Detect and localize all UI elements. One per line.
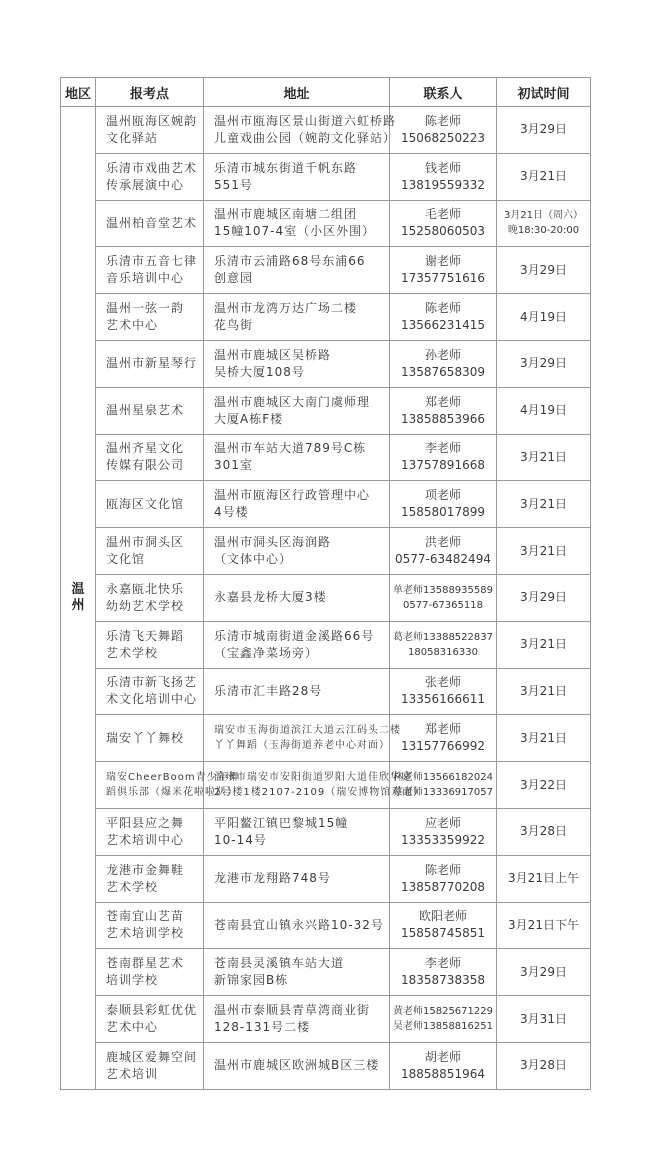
exam-sites-table: 地区 报考点 地址 联系人 初试时间 温州温州瓯海区婉韵文化驿站温州市瓯海区景山… bbox=[60, 77, 591, 1090]
date-cell-line: 3月28日 bbox=[497, 823, 590, 840]
address-cell-line: 瑞安市玉海街道滨江大道云江码头二楼 bbox=[214, 723, 385, 738]
date-cell-line: 3月21日 bbox=[497, 683, 590, 700]
contact-cell-line: 林老师13566182024 bbox=[390, 770, 496, 785]
address-cell-line: 551号 bbox=[214, 177, 385, 194]
date-cell: 3月21日 bbox=[497, 434, 591, 481]
address-cell: 温州市鹿城区南塘二组团15幢107-4室（小区外围） bbox=[204, 200, 390, 247]
address-cell-line: 温州市瑞安市安阳街道罗阳大道佳欣华庭 bbox=[214, 770, 385, 785]
header-date: 初试时间 bbox=[497, 78, 591, 107]
contact-cell-line: 13858770208 bbox=[390, 879, 496, 896]
site-cell-line: 平阳县应之舞 bbox=[106, 815, 199, 832]
header-region: 地区 bbox=[61, 78, 96, 107]
date-cell-line: 3月29日 bbox=[497, 964, 590, 981]
contact-cell: 陈老师15068250223 bbox=[390, 107, 497, 154]
date-cell: 3月21日 bbox=[497, 668, 591, 715]
contact-cell-line: 李老师 bbox=[390, 955, 496, 972]
site-cell-line: 瑞安CheerBoom青少年舞 bbox=[106, 770, 199, 785]
contact-cell-line: 13819559332 bbox=[390, 177, 496, 194]
contact-cell: 孙老师13587658309 bbox=[390, 340, 497, 387]
address-cell-line: 创意园 bbox=[214, 270, 385, 287]
contact-cell: 葛老师1338852283718058316330 bbox=[390, 621, 497, 668]
contact-cell-line: 钱老师 bbox=[390, 160, 496, 177]
contact-cell-line: 项老师 bbox=[390, 487, 496, 504]
table-row: 乐清市五音七律音乐培训中心乐清市云浦路68号东浦66创意园谢老师17357751… bbox=[61, 247, 591, 294]
contact-cell: 李老师13757891668 bbox=[390, 434, 497, 481]
date-cell-line: 3月21日 bbox=[497, 730, 590, 747]
site-cell-line: 培训学校 bbox=[106, 972, 199, 989]
date-cell-line: 3月21日 bbox=[497, 496, 590, 513]
address-cell: 温州市瑞安市安阳街道罗阳大道佳欣华庭2号楼1楼2107-2109（瑞安博物馆对面… bbox=[204, 762, 390, 809]
address-cell: 温州市鹿城区吴桥路吴桥大厦108号 bbox=[204, 340, 390, 387]
site-cell-line: 文化馆 bbox=[106, 551, 199, 568]
contact-cell-line: 13157766992 bbox=[390, 738, 496, 755]
address-cell-line: 温州市瓯海区行政管理中心 bbox=[214, 487, 385, 504]
site-cell-line: 瓯海区文化馆 bbox=[106, 496, 199, 513]
contact-cell: 郑老师13157766992 bbox=[390, 715, 497, 762]
contact-cell: 李老师18358738358 bbox=[390, 949, 497, 996]
site-cell: 乐清市五音七律音乐培训中心 bbox=[96, 247, 204, 294]
contact-cell-line: 15068250223 bbox=[390, 130, 496, 147]
contact-cell-line: 13757891668 bbox=[390, 457, 496, 474]
site-cell-line: 永嘉瓯北快乐 bbox=[106, 581, 199, 598]
site-cell-line: 温州一弦一韵 bbox=[106, 300, 199, 317]
date-cell-line: 3月21日下午 bbox=[497, 917, 590, 934]
date-cell-line: 4月19日 bbox=[497, 402, 590, 419]
site-cell-line: 乐清市戏曲艺术 bbox=[106, 160, 199, 177]
contact-cell-line: 18058316330 bbox=[390, 645, 496, 660]
address-cell-line: （宝鑫净菜场旁） bbox=[214, 645, 385, 662]
site-cell-line: 鹿城区爱舞空间 bbox=[106, 1049, 199, 1066]
address-cell-line: 平阳鳌江镇巴黎城15幢 bbox=[214, 815, 385, 832]
address-cell-line: 乐清市城东街道千帆东路 bbox=[214, 160, 385, 177]
site-cell-line: 泰顺县彩虹优优 bbox=[106, 1002, 199, 1019]
contact-cell-line: 单老师13588935589 bbox=[390, 583, 496, 598]
site-cell-line: 苍南群星艺术 bbox=[106, 955, 199, 972]
address-cell-line: 温州市洞头区海润路 bbox=[214, 534, 385, 551]
contact-cell: 毛老师15258060503 bbox=[390, 200, 497, 247]
date-cell-line: 3月21日 bbox=[497, 543, 590, 560]
address-cell-line: 乐清市汇丰路28号 bbox=[214, 683, 385, 700]
site-cell-line: 艺术中心 bbox=[106, 317, 199, 334]
site-cell-line: 幼幼艺术学校 bbox=[106, 598, 199, 615]
address-cell-line: 温州市鹿城区欧洲城B区三楼 bbox=[214, 1057, 385, 1074]
date-cell-line: 3月21日 bbox=[497, 168, 590, 185]
address-cell-line: 温州市泰顺县青草湾商业街 bbox=[214, 1002, 385, 1019]
site-cell-line: 乐清飞天舞蹈 bbox=[106, 628, 199, 645]
date-cell: 3月29日 bbox=[497, 107, 591, 154]
table-body: 温州温州瓯海区婉韵文化驿站温州市瓯海区景山街道六虹桥路儿童戏曲公园（婉韵文化驿站… bbox=[61, 107, 591, 1090]
contact-cell-line: 欧阳老师 bbox=[390, 908, 496, 925]
address-cell-line: 永嘉县龙桥大厦3楼 bbox=[214, 589, 385, 606]
address-cell: 苍南县宜山镇永兴路10-32号 bbox=[204, 902, 390, 949]
contact-cell-line: 18358738358 bbox=[390, 972, 496, 989]
date-cell-line: 3月29日 bbox=[497, 121, 590, 138]
table-row: 温州齐星文化传媒有限公司温州市车站大道789号C栋301室李老师13757891… bbox=[61, 434, 591, 481]
site-cell-line: 乐清市五音七律 bbox=[106, 253, 199, 270]
contact-cell-line: 17357751616 bbox=[390, 270, 496, 287]
site-cell: 温州市新星琴行 bbox=[96, 340, 204, 387]
site-cell-line: 艺术学校 bbox=[106, 645, 199, 662]
date-cell: 3月21日 bbox=[497, 715, 591, 762]
site-cell-line: 温州市洞头区 bbox=[106, 534, 199, 551]
address-cell-line: 大厦A栋F楼 bbox=[214, 411, 385, 428]
date-cell-line: 晚18:30-20:00 bbox=[497, 223, 590, 238]
table-row: 温州一弦一韵艺术中心温州市龙湾万达广场二楼花鸟街陈老师135662314154月… bbox=[61, 294, 591, 341]
table-row: 温州温州瓯海区婉韵文化驿站温州市瓯海区景山街道六虹桥路儿童戏曲公园（婉韵文化驿站… bbox=[61, 107, 591, 154]
site-cell-line: 温州瓯海区婉韵 bbox=[106, 113, 199, 130]
address-cell: 乐清市城东街道千帆东路551号 bbox=[204, 153, 390, 200]
date-cell-line: 3月29日 bbox=[497, 589, 590, 606]
site-cell-line: 艺术培训学校 bbox=[106, 925, 199, 942]
site-cell-line: 艺术培训中心 bbox=[106, 832, 199, 849]
date-cell-line: 3月21日上午 bbox=[497, 870, 590, 887]
site-cell-line: 传承展演中心 bbox=[106, 177, 199, 194]
contact-cell-line: 郑老师 bbox=[390, 721, 496, 738]
date-cell-line: 3月31日 bbox=[497, 1011, 590, 1028]
date-cell: 3月21日 bbox=[497, 153, 591, 200]
address-cell: 龙港市龙翔路748号 bbox=[204, 855, 390, 902]
site-cell-line: 艺术培训 bbox=[106, 1066, 199, 1083]
address-cell-line: 苍南县宜山镇永兴路10-32号 bbox=[214, 917, 385, 934]
date-cell-line: 4月19日 bbox=[497, 309, 590, 326]
date-cell: 3月29日 bbox=[497, 247, 591, 294]
site-cell-line: 温州市新星琴行 bbox=[106, 355, 199, 372]
date-cell-line: 3月29日 bbox=[497, 355, 590, 372]
address-cell: 温州市瓯海区景山街道六虹桥路儿童戏曲公园（婉韵文化驿站） bbox=[204, 107, 390, 154]
address-cell-line: 温州市车站大道789号C栋 bbox=[214, 440, 385, 457]
contact-cell-line: 谢老师 bbox=[390, 253, 496, 270]
date-cell-line: 3月29日 bbox=[497, 262, 590, 279]
contact-cell: 应老师13353359922 bbox=[390, 808, 497, 855]
site-cell: 苍南群星艺术培训学校 bbox=[96, 949, 204, 996]
table-row: 瑞安丫丫舞校瑞安市玉海街道滨江大道云江码头二楼丫丫舞蹈（玉海街道养老中心对面）郑… bbox=[61, 715, 591, 762]
date-cell: 3月28日 bbox=[497, 1042, 591, 1089]
site-cell: 永嘉瓯北快乐幼幼艺术学校 bbox=[96, 574, 204, 621]
date-cell: 3月21日 bbox=[497, 621, 591, 668]
contact-cell: 谢老师17357751616 bbox=[390, 247, 497, 294]
address-cell-line: 乐清市城南街道金溪路66号 bbox=[214, 628, 385, 645]
site-cell: 温州市洞头区文化馆 bbox=[96, 528, 204, 575]
contact-cell-line: 葛老师13388522837 bbox=[390, 630, 496, 645]
date-cell-line: 3月21日（周六） bbox=[497, 208, 590, 223]
address-cell: 温州市瓯海区行政管理中心4号楼 bbox=[204, 481, 390, 528]
contact-cell-line: 黄老师15825671229 bbox=[390, 1004, 496, 1019]
contact-cell-line: 蔡老师13336917057 bbox=[390, 785, 496, 800]
table-row: 苍南宜山艺苗艺术培训学校苍南县宜山镇永兴路10-32号欧阳老师158587458… bbox=[61, 902, 591, 949]
site-cell-line: 音乐培训中心 bbox=[106, 270, 199, 287]
date-cell: 3月21日上午 bbox=[497, 855, 591, 902]
address-cell-line: 10-14号 bbox=[214, 832, 385, 849]
header-address: 地址 bbox=[204, 78, 390, 107]
address-cell: 瑞安市玉海街道滨江大道云江码头二楼丫丫舞蹈（玉海街道养老中心对面） bbox=[204, 715, 390, 762]
contact-cell-line: 13587658309 bbox=[390, 364, 496, 381]
contact-cell: 胡老师18858851964 bbox=[390, 1042, 497, 1089]
contact-cell: 陈老师13858770208 bbox=[390, 855, 497, 902]
address-cell-line: 温州市鹿城区南塘二组团 bbox=[214, 206, 385, 223]
site-cell-line: 温州星泉艺术 bbox=[106, 402, 199, 419]
site-cell-line: 术文化培训中心 bbox=[106, 691, 199, 708]
address-cell-line: 4号楼 bbox=[214, 504, 385, 521]
contact-cell: 黄老师15825671229吴老师13858816251 bbox=[390, 996, 497, 1043]
date-cell: 3月29日 bbox=[497, 949, 591, 996]
date-cell: 3月21日 bbox=[497, 528, 591, 575]
site-cell: 瑞安CheerBoom青少年舞蹈俱乐部（爆米花啦啦队） bbox=[96, 762, 204, 809]
address-cell-line: 苍南县灵溪镇车站大道 bbox=[214, 955, 385, 972]
exam-sites-table-container: 地区 报考点 地址 联系人 初试时间 温州温州瓯海区婉韵文化驿站温州市瓯海区景山… bbox=[60, 77, 590, 1090]
address-cell: 平阳鳌江镇巴黎城15幢10-14号 bbox=[204, 808, 390, 855]
table-header-row: 地区 报考点 地址 联系人 初试时间 bbox=[61, 78, 591, 107]
contact-cell-line: 陈老师 bbox=[390, 113, 496, 130]
date-cell: 3月29日 bbox=[497, 340, 591, 387]
site-cell-line: 蹈俱乐部（爆米花啦啦队） bbox=[106, 785, 199, 800]
region-label: 温州 bbox=[71, 582, 85, 614]
table-row: 温州市新星琴行温州市鹿城区吴桥路吴桥大厦108号孙老师135876583093月… bbox=[61, 340, 591, 387]
table-row: 乐清市戏曲艺术传承展演中心乐清市城东街道千帆东路551号钱老师138195593… bbox=[61, 153, 591, 200]
contact-cell: 陈老师13566231415 bbox=[390, 294, 497, 341]
address-cell-line: 15幢107-4室（小区外围） bbox=[214, 223, 385, 240]
date-cell: 3月21日 bbox=[497, 481, 591, 528]
table-row: 苍南群星艺术培训学校苍南县灵溪镇车站大道新锦家园B栋李老师18358738358… bbox=[61, 949, 591, 996]
site-cell-line: 艺术学校 bbox=[106, 879, 199, 896]
date-cell: 3月21日下午 bbox=[497, 902, 591, 949]
table-row: 温州星泉艺术温州市鹿城区大南门虞师理大厦A栋F楼郑老师138588539664月… bbox=[61, 387, 591, 434]
contact-cell-line: 0577-67365118 bbox=[390, 598, 496, 613]
table-row: 乐清市新飞扬艺术文化培训中心乐清市汇丰路28号张老师133561666113月2… bbox=[61, 668, 591, 715]
contact-cell-line: 陈老师 bbox=[390, 300, 496, 317]
address-cell-line: 温州市龙湾万达广场二楼 bbox=[214, 300, 385, 317]
contact-cell-line: 18858851964 bbox=[390, 1066, 496, 1083]
table-row: 平阳县应之舞艺术培训中心平阳鳌江镇巴黎城15幢10-14号应老师13353359… bbox=[61, 808, 591, 855]
date-cell-line: 3月22日 bbox=[497, 777, 590, 794]
contact-cell: 单老师135889355890577-67365118 bbox=[390, 574, 497, 621]
site-cell: 乐清飞天舞蹈艺术学校 bbox=[96, 621, 204, 668]
table-row: 泰顺县彩虹优优艺术中心温州市泰顺县青草湾商业街128-131号二楼黄老师1582… bbox=[61, 996, 591, 1043]
contact-cell-line: 13353359922 bbox=[390, 832, 496, 849]
address-cell: 温州市车站大道789号C栋301室 bbox=[204, 434, 390, 481]
address-cell-line: 丫丫舞蹈（玉海街道养老中心对面） bbox=[214, 738, 385, 753]
site-cell: 瑞安丫丫舞校 bbox=[96, 715, 204, 762]
site-cell-line: 艺术中心 bbox=[106, 1019, 199, 1036]
date-cell-line: 3月21日 bbox=[497, 449, 590, 466]
table-row: 瓯海区文化馆温州市瓯海区行政管理中心4号楼项老师158580178993月21日 bbox=[61, 481, 591, 528]
date-cell: 4月19日 bbox=[497, 294, 591, 341]
site-cell-line: 瑞安丫丫舞校 bbox=[106, 730, 199, 747]
contact-cell-line: 13356166611 bbox=[390, 691, 496, 708]
contact-cell-line: 13858853966 bbox=[390, 411, 496, 428]
date-cell: 3月31日 bbox=[497, 996, 591, 1043]
site-cell: 温州柏音堂艺术 bbox=[96, 200, 204, 247]
address-cell: 温州市龙湾万达广场二楼花鸟街 bbox=[204, 294, 390, 341]
date-cell: 3月21日（周六）晚18:30-20:00 bbox=[497, 200, 591, 247]
address-cell: 乐清市城南街道金溪路66号（宝鑫净菜场旁） bbox=[204, 621, 390, 668]
address-cell-line: 吴桥大厦108号 bbox=[214, 364, 385, 381]
contact-cell: 项老师15858017899 bbox=[390, 481, 497, 528]
contact-cell: 洪老师0577-63482494 bbox=[390, 528, 497, 575]
table-row: 温州市洞头区文化馆温州市洞头区海润路（文体中心）洪老师0577-63482494… bbox=[61, 528, 591, 575]
table-row: 乐清飞天舞蹈艺术学校乐清市城南街道金溪路66号（宝鑫净菜场旁）葛老师133885… bbox=[61, 621, 591, 668]
contact-cell-line: 15258060503 bbox=[390, 223, 496, 240]
site-cell: 乐清市戏曲艺术传承展演中心 bbox=[96, 153, 204, 200]
address-cell-line: 温州市鹿城区大南门虞师理 bbox=[214, 394, 385, 411]
address-cell-line: 龙港市龙翔路748号 bbox=[214, 870, 385, 887]
address-cell: 乐清市汇丰路28号 bbox=[204, 668, 390, 715]
table-row: 龙港市金舞鞋艺术学校龙港市龙翔路748号陈老师138587702083月21日上… bbox=[61, 855, 591, 902]
contact-cell-line: 张老师 bbox=[390, 674, 496, 691]
contact-cell-line: 孙老师 bbox=[390, 347, 496, 364]
site-cell-line: 龙港市金舞鞋 bbox=[106, 862, 199, 879]
header-contact: 联系人 bbox=[390, 78, 497, 107]
site-cell-line: 文化驿站 bbox=[106, 130, 199, 147]
site-cell-line: 温州齐星文化 bbox=[106, 440, 199, 457]
address-cell-line: （文体中心） bbox=[214, 551, 385, 568]
date-cell: 4月19日 bbox=[497, 387, 591, 434]
address-cell-line: 温州市瓯海区景山街道六虹桥路 bbox=[214, 113, 385, 130]
site-cell: 瓯海区文化馆 bbox=[96, 481, 204, 528]
address-cell: 苍南县灵溪镇车站大道新锦家园B栋 bbox=[204, 949, 390, 996]
site-cell: 鹿城区爱舞空间艺术培训 bbox=[96, 1042, 204, 1089]
table-row: 鹿城区爱舞空间艺术培训温州市鹿城区欧洲城B区三楼胡老师188588519643月… bbox=[61, 1042, 591, 1089]
address-cell-line: 儿童戏曲公园（婉韵文化驿站） bbox=[214, 130, 385, 147]
address-cell: 永嘉县龙桥大厦3楼 bbox=[204, 574, 390, 621]
site-cell: 平阳县应之舞艺术培训中心 bbox=[96, 808, 204, 855]
region-cell: 温州 bbox=[61, 107, 96, 1090]
contact-cell-line: 毛老师 bbox=[390, 206, 496, 223]
contact-cell: 欧阳老师15858745851 bbox=[390, 902, 497, 949]
date-cell: 3月28日 bbox=[497, 808, 591, 855]
contact-cell-line: 吴老师13858816251 bbox=[390, 1019, 496, 1034]
table-row: 永嘉瓯北快乐幼幼艺术学校永嘉县龙桥大厦3楼单老师135889355890577-… bbox=[61, 574, 591, 621]
date-cell-line: 3月21日 bbox=[497, 636, 590, 653]
contact-cell: 张老师13356166611 bbox=[390, 668, 497, 715]
address-cell-line: 2号楼1楼2107-2109（瑞安博物馆对面） bbox=[214, 785, 385, 800]
contact-cell-line: 15858745851 bbox=[390, 925, 496, 942]
header-site: 报考点 bbox=[96, 78, 204, 107]
site-cell: 泰顺县彩虹优优艺术中心 bbox=[96, 996, 204, 1043]
contact-cell-line: 15858017899 bbox=[390, 504, 496, 521]
site-cell: 龙港市金舞鞋艺术学校 bbox=[96, 855, 204, 902]
date-cell: 3月22日 bbox=[497, 762, 591, 809]
site-cell: 温州瓯海区婉韵文化驿站 bbox=[96, 107, 204, 154]
contact-cell: 林老师13566182024蔡老师13336917057 bbox=[390, 762, 497, 809]
table-row: 瑞安CheerBoom青少年舞蹈俱乐部（爆米花啦啦队）温州市瑞安市安阳街道罗阳大… bbox=[61, 762, 591, 809]
contact-cell: 郑老师13858853966 bbox=[390, 387, 497, 434]
site-cell: 乐清市新飞扬艺术文化培训中心 bbox=[96, 668, 204, 715]
contact-cell-line: 陈老师 bbox=[390, 862, 496, 879]
address-cell: 温州市鹿城区大南门虞师理大厦A栋F楼 bbox=[204, 387, 390, 434]
address-cell: 温州市泰顺县青草湾商业街128-131号二楼 bbox=[204, 996, 390, 1043]
address-cell: 温州市洞头区海润路（文体中心） bbox=[204, 528, 390, 575]
site-cell-line: 苍南宜山艺苗 bbox=[106, 908, 199, 925]
table-row: 温州柏音堂艺术温州市鹿城区南塘二组团15幢107-4室（小区外围）毛老师1525… bbox=[61, 200, 591, 247]
contact-cell: 钱老师13819559332 bbox=[390, 153, 497, 200]
contact-cell-line: 13566231415 bbox=[390, 317, 496, 334]
site-cell: 温州齐星文化传媒有限公司 bbox=[96, 434, 204, 481]
site-cell-line: 温州柏音堂艺术 bbox=[106, 215, 199, 232]
address-cell-line: 新锦家园B栋 bbox=[214, 972, 385, 989]
site-cell: 苍南宜山艺苗艺术培训学校 bbox=[96, 902, 204, 949]
site-cell-line: 乐清市新飞扬艺 bbox=[106, 674, 199, 691]
address-cell-line: 温州市鹿城区吴桥路 bbox=[214, 347, 385, 364]
contact-cell-line: 应老师 bbox=[390, 815, 496, 832]
site-cell-line: 传媒有限公司 bbox=[106, 457, 199, 474]
address-cell: 温州市鹿城区欧洲城B区三楼 bbox=[204, 1042, 390, 1089]
contact-cell-line: 郑老师 bbox=[390, 394, 496, 411]
address-cell-line: 301室 bbox=[214, 457, 385, 474]
address-cell-line: 128-131号二楼 bbox=[214, 1019, 385, 1036]
date-cell-line: 3月28日 bbox=[497, 1057, 590, 1074]
site-cell: 温州一弦一韵艺术中心 bbox=[96, 294, 204, 341]
contact-cell-line: 0577-63482494 bbox=[390, 551, 496, 568]
address-cell-line: 乐清市云浦路68号东浦66 bbox=[214, 253, 385, 270]
date-cell: 3月29日 bbox=[497, 574, 591, 621]
contact-cell-line: 胡老师 bbox=[390, 1049, 496, 1066]
site-cell: 温州星泉艺术 bbox=[96, 387, 204, 434]
contact-cell-line: 李老师 bbox=[390, 440, 496, 457]
address-cell: 乐清市云浦路68号东浦66创意园 bbox=[204, 247, 390, 294]
contact-cell-line: 洪老师 bbox=[390, 534, 496, 551]
address-cell-line: 花鸟街 bbox=[214, 317, 385, 334]
